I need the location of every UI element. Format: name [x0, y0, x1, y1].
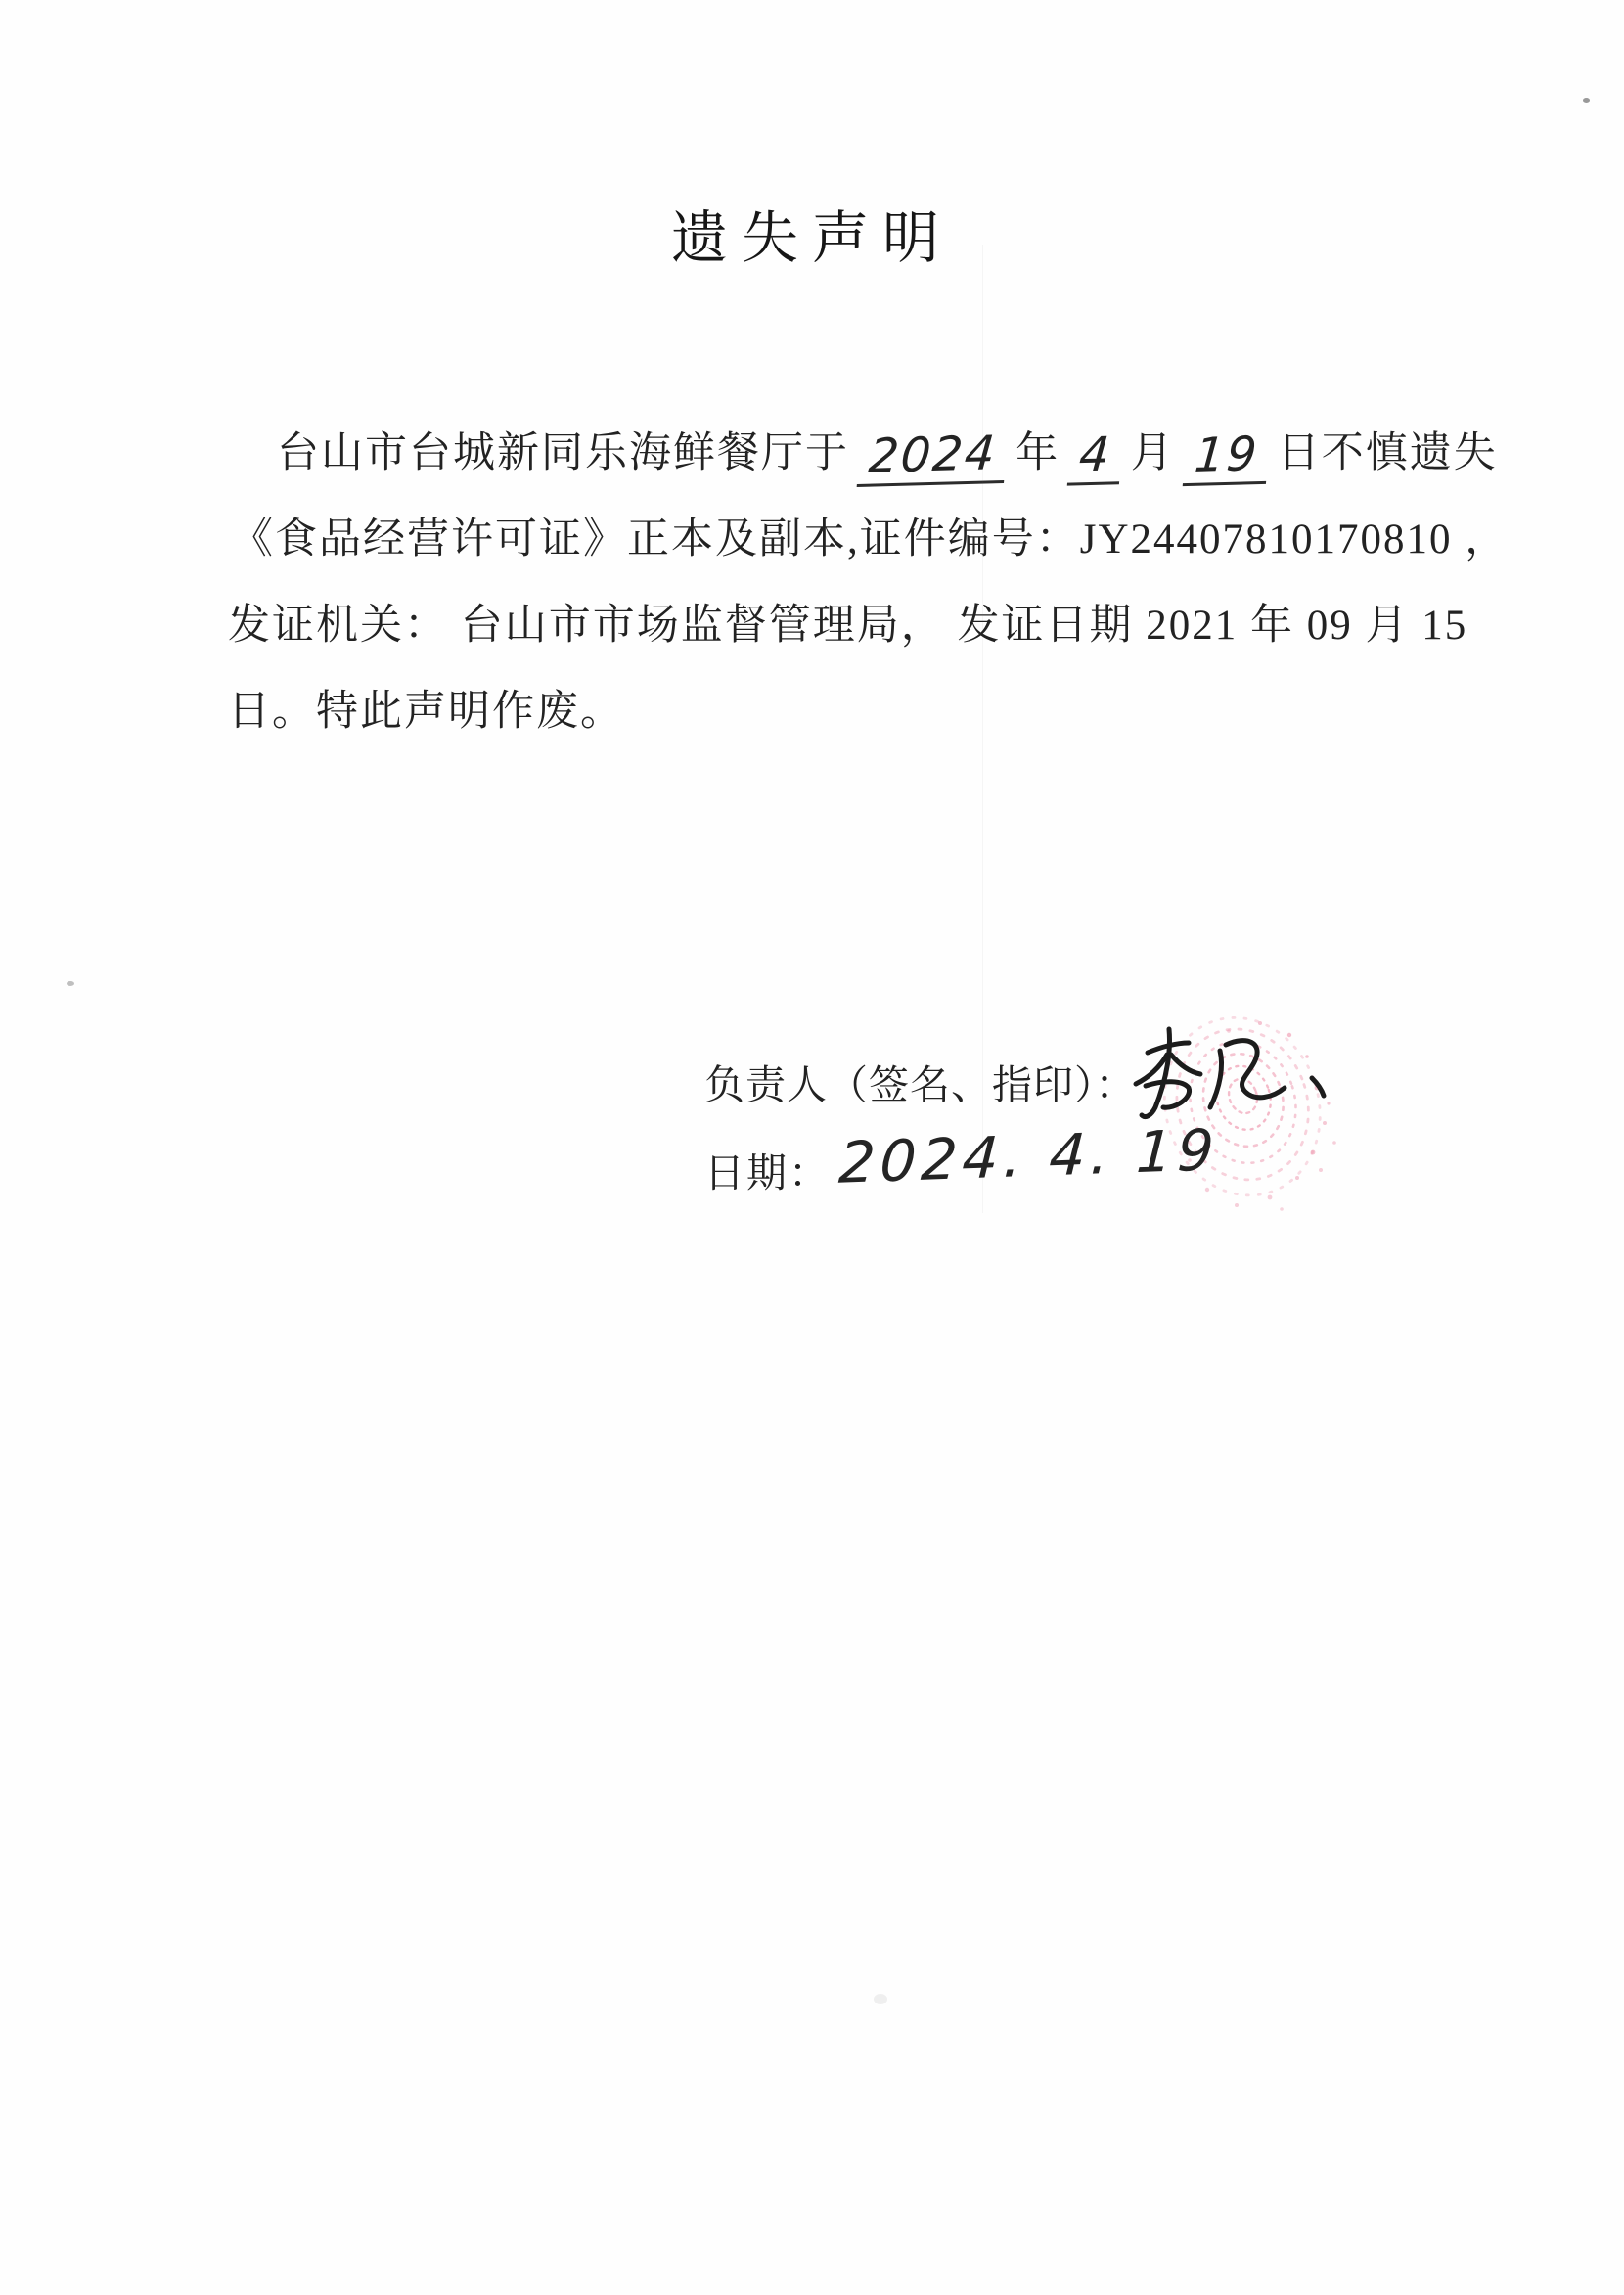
- date-label: 日期：: [704, 1141, 831, 1198]
- signatory-label: 负责人（签名、指印）：: [704, 1053, 1137, 1110]
- scanned-document-page: 遗失声明 台山市台城新同乐海鲜餐厅于2024年4月19日不慎遗失 《食品经营许可…: [0, 0, 1624, 2295]
- line1-prefix-text: 台山市台城新同乐海鲜餐厅于: [277, 430, 849, 476]
- handwritten-day-value: 19: [1182, 430, 1270, 486]
- body-line-1: 台山市台城新同乐海鲜餐厅于2024年4月19日不慎遗失: [277, 420, 1498, 485]
- scan-speck: [1583, 98, 1590, 103]
- scan-speck: [67, 981, 74, 986]
- handwritten-date-value: 2024. 4. 19: [837, 1116, 1221, 1195]
- line1-year-unit: 年: [1015, 430, 1060, 476]
- scanner-streak-line: [982, 245, 983, 1213]
- document-title: 遗失声明: [0, 192, 1624, 274]
- line1-month-unit: 月: [1131, 430, 1175, 476]
- scan-speck: [874, 1994, 887, 2004]
- handwritten-year-value: 2024: [857, 429, 1009, 487]
- line1-suffix-text: 日不慎遗失: [1278, 430, 1498, 476]
- body-line-3: 发证机关： 台山市市场监督管理局， 发证日期 2021 年 09 月 15: [228, 592, 1467, 652]
- body-line-2: 《食品经营许可证》正本及副本,证件编号：JY24407810170810 ，: [231, 506, 1509, 565]
- body-line-4: 日。特此声明作废。: [228, 678, 624, 738]
- handwritten-month-value: 4: [1067, 430, 1123, 485]
